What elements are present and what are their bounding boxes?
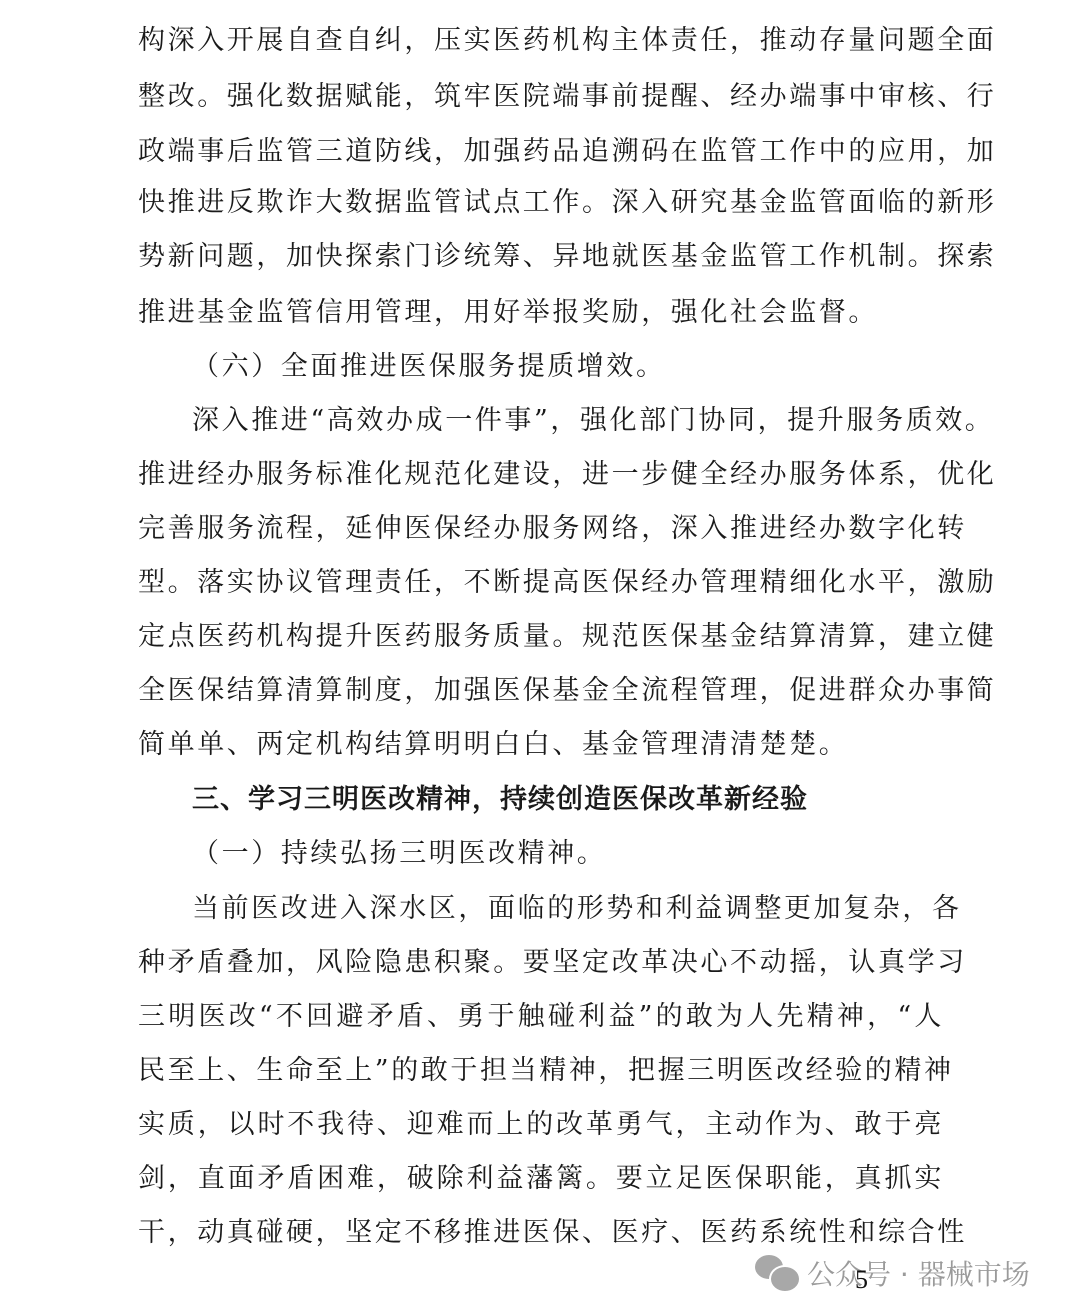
body-text-line: 深入推进“高效办成一件事”，强化部门协同，提升服务质效。: [192, 404, 944, 438]
body-text-line: 构深入开展自查自纠，压实医药机构主体责任，推动存量问题全面: [138, 24, 944, 58]
body-text-line: 全医保结算清算制度，加强医保基金全流程管理，促进群众办事简: [138, 674, 944, 708]
body-text-line: 当前医改进入深水区，面临的形势和利益调整更加复杂，各: [192, 892, 944, 926]
body-text-line: 定点医药机构提升医药服务质量。规范医保基金结算清算，建立健: [138, 620, 944, 654]
body-text-line: 快推进反欺诈大数据监管试点工作。深入研究基金监管面临的新形: [138, 186, 944, 220]
body-text-line: 实质，以时不我待、迎难而上的改革勇气，主动作为、敢于亮: [138, 1108, 944, 1142]
body-text-line: 民至上、生命至上”的敢于担当精神，把握三明医改经验的精神: [138, 1054, 944, 1088]
body-text-line: 完善服务流程，延伸医保经办服务网络，深入推进经办数字化转: [138, 512, 944, 546]
body-text-line: 剑，直面矛盾困难，破除利益藩篱。要立足医保职能，真抓实: [138, 1162, 944, 1196]
body-text-line: 干，动真碰硬，坚定不移推进医保、医疗、医药系统性和综合性: [138, 1216, 944, 1250]
watermark-label: 公众号 · 器械市场: [807, 1253, 1030, 1293]
wechat-watermark: 公众号 · 器械市场: [755, 1253, 1030, 1293]
body-text-line: 型。落实协议管理责任，不断提高医保经办管理精细化水平，激励: [138, 566, 944, 600]
section-heading: 三、学习三明医改精神，持续创造医保改革新经验: [192, 783, 944, 817]
body-text-line: 种矛盾叠加，风险隐患积聚。要坚定改革决心不动摇，认真学习: [138, 946, 944, 980]
document-page: 构深入开展自查自纠，压实医药机构主体责任，推动存量问题全面 整改。强化数据赋能，…: [0, 0, 1080, 1313]
subsection-heading: （一）持续弘扬三明医改精神。: [192, 837, 944, 871]
body-text-line: 推进经办服务标准化规范化建设，进一步健全经办服务体系，优化: [138, 458, 944, 492]
body-text-line: 三明医改“不回避矛盾、勇于触碰利益”的敢为人先精神，“人: [138, 1000, 944, 1034]
subsection-heading: （六）全面推进医保服务提质增效。: [192, 350, 944, 384]
page-number: 5: [855, 1265, 868, 1295]
wechat-icon: [755, 1255, 799, 1291]
body-text-line: 简单单、两定机构结算明明白白、基金管理清清楚楚。: [138, 728, 944, 762]
body-text-line: 整改。强化数据赋能，筑牢医院端事前提醒、经办端事中审核、行: [138, 80, 944, 114]
body-text-line: 势新问题，加快探索门诊统筹、异地就医基金监管工作机制。探索: [138, 240, 944, 274]
body-text-line: 政端事后监管三道防线，加强药品追溯码在监管工作中的应用，加: [138, 135, 944, 169]
body-text-line: 推进基金监管信用管理，用好举报奖励，强化社会监督。: [138, 296, 944, 330]
